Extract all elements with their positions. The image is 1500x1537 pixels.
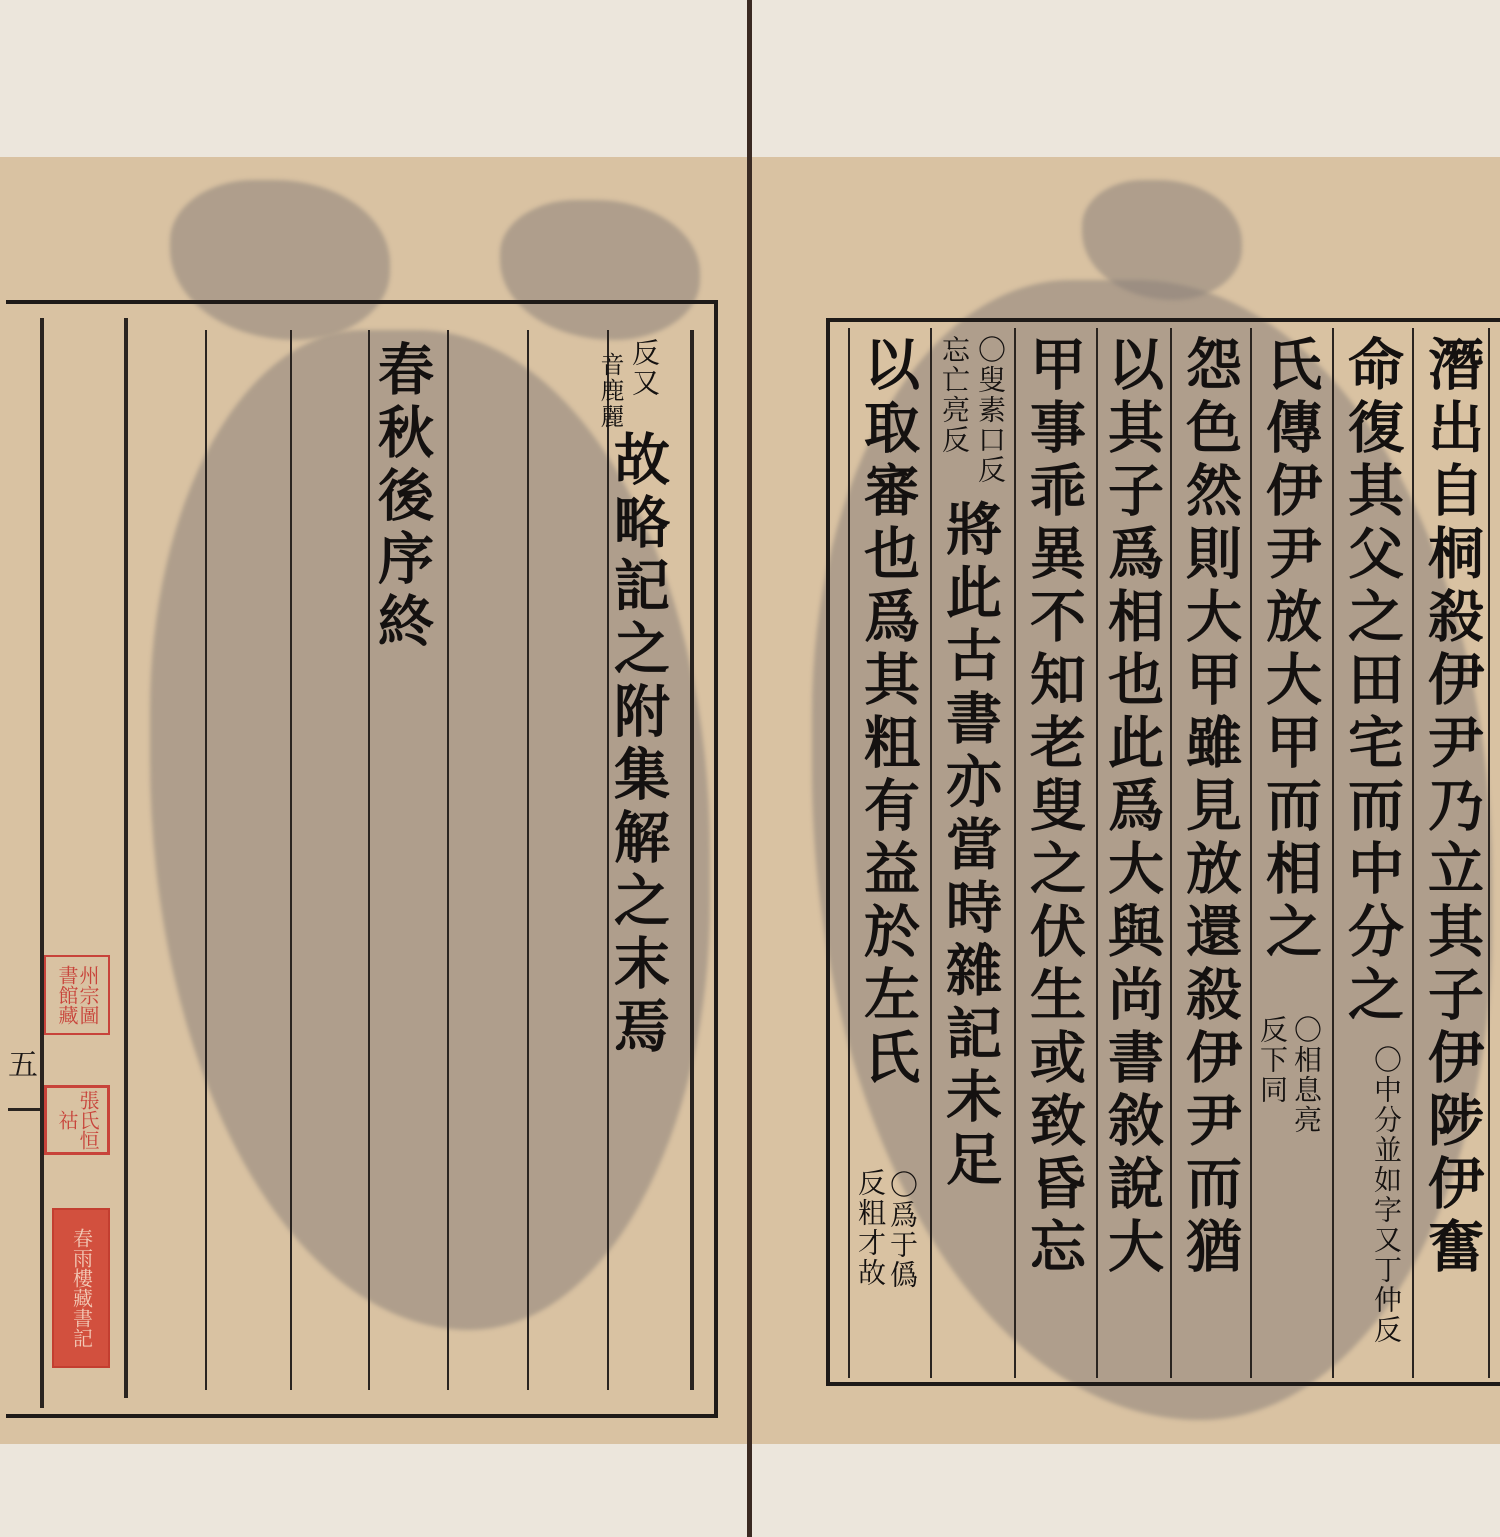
text-column: 以取審也爲其粗有益於左氏 — [860, 335, 916, 1091]
annotation-right: 〇叟素口反 — [976, 335, 1004, 485]
column-rule — [848, 328, 850, 1378]
column-rule — [1096, 328, 1098, 1378]
annotation-left: 音鹿麗 — [598, 352, 622, 430]
column-rule — [1170, 328, 1172, 1378]
text-column: 潛出自桐殺伊尹乃立其子伊陟伊奮 — [1424, 335, 1480, 1280]
text-column-closing: 春秋後序終 — [374, 340, 430, 655]
text-column: 故略記之附集解之末焉 — [610, 430, 666, 1060]
page-number: 五 — [8, 1040, 38, 1084]
collector-seal: 張氏恒祜 — [44, 1085, 110, 1155]
text-column: 甲事乖異不知老叟之伏生或致昏忘 — [1026, 335, 1082, 1280]
column-rule — [930, 328, 932, 1378]
text-column: 命復其父之田宅而中分之 — [1344, 335, 1400, 1028]
column-rule — [527, 330, 529, 1390]
text-column: 氏傳伊尹放大甲而相之 — [1262, 335, 1318, 965]
annotation-right: 〇相息亮 — [1292, 1015, 1320, 1135]
annotation-left: 忘亡亮反 — [940, 335, 968, 455]
annotation-right: 〇中分並如字又丁仲反 — [1372, 1045, 1400, 1345]
left-page: 反又 音鹿麗 故略記之附集解之末焉 春秋後序終 五 州宗圖書館藏 張氏恒祜 春雨… — [0, 0, 748, 1537]
collector-seal: 春雨樓藏書記 — [52, 1208, 110, 1368]
column-rule — [1412, 328, 1414, 1378]
annotation-left: 反下同 — [1258, 1015, 1286, 1105]
text-column: 怨色然則大甲雖見放還殺伊尹而猶 — [1182, 335, 1238, 1280]
column-rule — [1250, 328, 1252, 1378]
column-rule — [690, 330, 694, 1390]
annotation-left: 反粗才故 — [856, 1168, 884, 1288]
column-rule — [1014, 328, 1016, 1378]
column-rule — [1488, 328, 1490, 1378]
annotation-right: 反又 — [630, 338, 658, 398]
column-rule — [124, 318, 128, 1398]
collector-seal: 州宗圖書館藏 — [44, 955, 110, 1035]
column-rule — [290, 330, 292, 1390]
column-rule — [1332, 328, 1334, 1378]
text-column: 將此古書亦當時雜記未足 — [942, 500, 998, 1193]
column-rule — [40, 318, 44, 1408]
text-column: 以其子爲相也此爲大與尚書敘說大 — [1104, 335, 1160, 1280]
right-page: 潛出自桐殺伊尹乃立其子伊陟伊奮 命復其父之田宅而中分之 〇中分並如字又丁仲反 氏… — [752, 0, 1500, 1537]
page-marker-rule — [8, 1108, 44, 1111]
annotation-right: 〇爲于僞 — [888, 1170, 916, 1290]
column-rule — [205, 330, 207, 1390]
column-rule — [447, 330, 449, 1390]
